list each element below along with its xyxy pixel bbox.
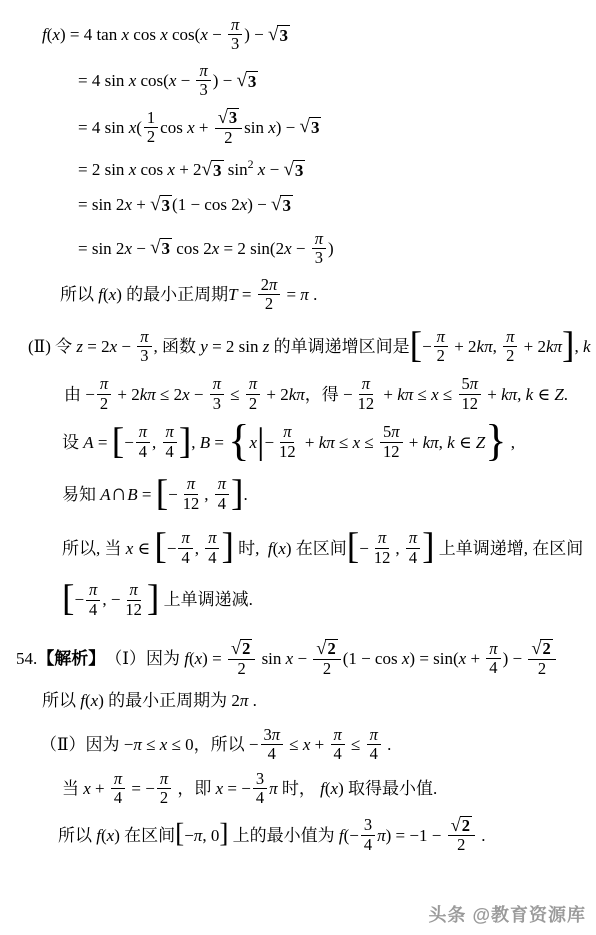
math-text: , <box>191 432 200 453</box>
math-text: ≤ 2 <box>156 384 182 405</box>
math-line: 所以 f(x) 的最小正周期T = 2π2 = π . <box>0 276 596 314</box>
math-text: − <box>265 432 275 453</box>
math-text: ) 取得最小值. <box>338 778 437 799</box>
radicand: 3 <box>280 195 293 216</box>
math-text: ∈ <box>533 384 554 405</box>
math-variable: x <box>212 238 220 259</box>
math-text: 12 <box>462 395 478 413</box>
math-variable: Z <box>554 384 563 405</box>
math-text: − <box>190 384 208 405</box>
fraction-numerator: π <box>434 328 448 347</box>
math-text: + <box>405 432 423 453</box>
math-text: , <box>152 432 161 453</box>
math-text: , <box>395 538 404 559</box>
math-text: (− <box>344 825 359 846</box>
math-line: 所以 f(x) 的最小正周期为 2π . <box>0 690 596 711</box>
math-variable: π <box>506 328 514 346</box>
math-text: 2 <box>237 660 245 678</box>
math-text: + <box>301 432 319 453</box>
math-variable: π <box>437 328 445 346</box>
math-fraction: π12 <box>180 475 202 513</box>
math-variable: x <box>126 538 134 559</box>
math-variable: π <box>370 726 378 744</box>
math-line: （Ⅱ）因为 −π ≤ x ≤ 0，所以 −3π4 ≤ x + π4 ≤ π4 . <box>0 726 596 764</box>
math-text: ) − <box>503 648 527 669</box>
math-text: ∈ <box>133 538 154 559</box>
math-line: = 4 sin x(12cos x + √32sin x) − √3 <box>0 108 596 147</box>
math-variable: kπ <box>397 384 413 405</box>
fraction-denominator: 12 <box>180 495 202 513</box>
fraction-denominator: 3 <box>228 35 242 53</box>
math-text: + <box>132 194 150 215</box>
fraction-denominator: 2 <box>262 295 276 313</box>
fraction-numerator: π <box>157 770 171 789</box>
math-variable: k <box>526 384 534 405</box>
math-text: − <box>359 538 369 559</box>
math-text: = 2 <box>83 336 110 357</box>
math-variable: π <box>218 475 226 493</box>
math-variable: π <box>89 581 97 599</box>
fraction-numerator: 1 <box>144 109 158 128</box>
math-text: = <box>210 432 228 453</box>
math-text: + 2 <box>450 336 477 357</box>
math-square-root: √3 <box>236 71 258 92</box>
math-text: ≤ <box>142 734 160 755</box>
math-fraction: π3 <box>312 230 326 268</box>
fraction-numerator: π <box>86 581 100 600</box>
math-variable: π <box>160 770 168 788</box>
math-big-delimiter: } <box>485 420 506 462</box>
math-variable: kπ <box>319 432 335 453</box>
math-text: 3 <box>162 239 171 258</box>
math-square-root: √3 <box>150 195 172 216</box>
math-variable: π <box>362 375 370 393</box>
math-text: , <box>195 538 204 559</box>
math-text: cos 2 <box>172 238 212 259</box>
fraction-numerator: π <box>184 475 198 494</box>
math-text: 3 <box>315 249 323 267</box>
math-text: 12 <box>183 495 199 513</box>
math-variable: π <box>231 16 239 34</box>
math-text: 时， <box>278 778 321 799</box>
math-text: 2 <box>224 129 232 147</box>
math-text: 所以 <box>42 690 80 711</box>
fraction-numerator: π <box>375 529 389 548</box>
fraction-denominator: 3 <box>210 395 224 413</box>
math-line: f(x) = 4 tan x cos x cos(x − π3) − √3 <box>0 16 596 54</box>
math-variable: π <box>378 529 386 547</box>
math-variable: π <box>269 276 277 294</box>
math-text: 4 <box>114 789 122 807</box>
radicand: 3 <box>293 160 306 181</box>
math-variable: x <box>160 24 168 45</box>
math-text: ，得 − <box>305 384 353 405</box>
math-text: = 2 sin(2 <box>219 238 284 259</box>
math-square-root: √2 <box>531 639 552 659</box>
math-variable: π <box>334 726 342 744</box>
math-text: 4 <box>489 659 497 677</box>
math-text: 4 <box>89 601 97 619</box>
fraction-numerator: √2 <box>313 639 340 660</box>
math-variable: π <box>139 423 147 441</box>
radicand: 3 <box>277 25 290 46</box>
math-variable: k <box>447 432 455 453</box>
math-text: , 0 <box>202 825 219 846</box>
math-text: 2 <box>457 836 465 854</box>
math-lines: f(x) = 4 tan x cos x cos(x − π3) − √3= 4… <box>0 16 596 855</box>
math-text: 2 <box>265 295 273 313</box>
fraction-denominator: 4 <box>215 495 229 513</box>
math-variable: π <box>315 230 323 248</box>
math-variable: kπ <box>140 384 156 405</box>
math-fraction: π4 <box>163 423 177 461</box>
math-fraction: 5π12 <box>380 423 403 461</box>
math-variable: x <box>303 734 311 755</box>
math-variable: π <box>213 375 221 393</box>
fraction-denominator: 4 <box>205 549 219 567</box>
math-text: + <box>483 384 501 405</box>
math-variable: x <box>187 117 195 138</box>
math-text: 3 <box>213 395 221 413</box>
math-variable: π <box>100 375 108 393</box>
fraction-denominator: 3 <box>137 347 151 365</box>
math-text: = 4 sin <box>78 117 129 138</box>
math-big-delimiter: [ <box>410 328 422 364</box>
fraction-numerator: π <box>406 529 420 548</box>
radicand: 2 <box>460 816 472 836</box>
fraction-numerator: π <box>111 770 125 789</box>
math-text: 12 <box>125 601 141 619</box>
math-big-delimiter: [ <box>175 821 184 847</box>
math-square-root: √2 <box>451 816 472 836</box>
math-variable: kπ <box>501 384 517 405</box>
math-fraction: 2π2 <box>258 276 281 314</box>
math-fraction: π4 <box>331 726 345 764</box>
math-big-delimiter: ] <box>219 821 228 847</box>
math-text: ) 的最小正周期为 2 <box>98 690 240 711</box>
math-variable: kπ <box>546 336 562 357</box>
math-text: − <box>74 589 84 610</box>
watermark: 头条 @教育资源库 <box>428 901 586 927</box>
math-text: ≤ <box>439 384 457 405</box>
math-text: − <box>168 484 178 505</box>
math-variable: π <box>140 328 148 346</box>
fraction-denominator: 4 <box>406 549 420 567</box>
fraction-numerator: 3 <box>361 816 375 835</box>
math-variable: B <box>200 432 210 453</box>
fraction-denominator: 4 <box>136 443 150 461</box>
math-text: ) = 4 tan <box>60 24 122 45</box>
math-text: 2 <box>542 639 550 658</box>
math-variable: x <box>83 778 91 799</box>
math-big-delimiter: ] <box>231 476 243 512</box>
math-fraction: π2 <box>157 770 171 808</box>
fraction-numerator: √2 <box>228 639 255 660</box>
math-fraction: π4 <box>406 529 420 567</box>
fraction-denominator: 2 <box>97 395 111 413</box>
math-variable: x <box>331 778 339 799</box>
math-text: ∈ <box>455 432 476 453</box>
fraction-numerator: π <box>215 475 229 494</box>
math-text: − <box>124 432 134 453</box>
math-text: + 2 <box>262 384 289 405</box>
math-fraction: π4 <box>215 475 229 513</box>
math-text: 4 <box>268 745 276 763</box>
math-text: . <box>477 825 486 846</box>
math-square-root: √3 <box>271 195 293 216</box>
math-variable: x <box>268 117 276 138</box>
math-text: 4 <box>409 549 417 567</box>
math-text: 由 − <box>64 384 95 405</box>
math-fraction: 34 <box>361 816 375 854</box>
math-text: (1 − cos <box>343 648 402 669</box>
fraction-numerator: 3 <box>253 770 267 789</box>
math-variable: π <box>240 690 249 711</box>
fraction-denominator: 2 <box>454 836 468 854</box>
fraction-denominator: 4 <box>253 789 267 807</box>
math-variable: x <box>129 117 137 138</box>
radicand: 2 <box>325 639 337 659</box>
math-text: cos <box>136 159 167 180</box>
math-text: ( <box>136 117 142 138</box>
fraction-numerator: π <box>359 375 373 394</box>
math-text: 5 <box>383 423 391 441</box>
math-variable: x <box>200 24 208 45</box>
math-variable: π <box>181 529 189 547</box>
watermark-text: 头条 @教育资源库 <box>428 905 586 925</box>
fraction-denominator: 2 <box>434 347 448 365</box>
fraction-denominator: 4 <box>163 443 177 461</box>
math-variable: x <box>91 690 99 711</box>
fraction-numerator: 5π <box>380 423 403 442</box>
math-text: , <box>493 336 502 357</box>
math-text: cos <box>129 24 160 45</box>
math-big-delimiter: [ <box>347 529 359 565</box>
fraction-denominator: 3 <box>312 249 326 267</box>
math-text: ) = <box>202 648 226 669</box>
math-text: ) = −1 − <box>386 825 446 846</box>
math-square-root: √3 <box>268 25 290 46</box>
math-text: , 函数 <box>154 336 201 357</box>
math-line: [−π4, −π12] 上单调递减. <box>0 581 596 619</box>
math-text: − <box>184 825 194 846</box>
math-variable: x <box>107 825 115 846</box>
math-line: 易知 A∩B = [−π12, π4]. <box>0 475 596 513</box>
math-fraction: π12 <box>122 581 144 619</box>
math-fraction: √22 <box>313 639 340 678</box>
math-text: = <box>138 484 156 505</box>
math-text: + 2 <box>519 336 546 357</box>
math-text: 2 <box>323 660 331 678</box>
math-text: ) − <box>247 194 271 215</box>
math-fraction: π3 <box>137 328 151 366</box>
math-text: 3 <box>311 118 320 137</box>
math-text: 3 <box>264 726 272 744</box>
math-variable: π <box>187 475 195 493</box>
math-text: 4 <box>139 443 147 461</box>
math-text: 2 <box>437 347 445 365</box>
math-variable: x <box>109 284 117 305</box>
math-variable: x <box>459 648 467 669</box>
math-bold-text: 【解析】 <box>37 648 105 669</box>
math-text: 4 <box>364 836 372 854</box>
math-text: = 2 sin <box>208 336 263 357</box>
math-text: ≤ <box>335 432 353 453</box>
math-variable: π <box>194 825 203 846</box>
fraction-numerator: π <box>331 726 345 745</box>
math-variable: x <box>52 24 60 45</box>
math-fraction: √22 <box>228 639 255 678</box>
math-variable: x <box>167 159 175 180</box>
fraction-denominator: 12 <box>380 443 402 461</box>
math-text: ，即 <box>173 778 216 799</box>
fraction-denominator: 12 <box>355 395 377 413</box>
math-solution-document: f(x) = 4 tan x cos x cos(x − π3) − √3= 4… <box>0 0 596 935</box>
math-fraction: π2 <box>434 328 448 366</box>
math-text: 上单调递增, 在区间 <box>435 538 584 559</box>
math-text: = <box>94 432 112 453</box>
math-text: 3 <box>279 26 288 45</box>
math-text: = sin 2 <box>78 194 124 215</box>
math-variable: x <box>129 159 137 180</box>
math-big-delimiter: [ <box>112 424 124 460</box>
math-text: 2 <box>261 276 269 294</box>
fraction-denominator: 4 <box>486 659 500 677</box>
math-line: (Ⅱ) 令 z = 2x − π3, 函数 y = 2 sin z 的单调递增区… <box>0 328 596 366</box>
math-variable: π <box>377 825 386 846</box>
math-text: − <box>167 538 177 559</box>
math-fraction: π2 <box>97 375 111 413</box>
math-fraction: √22 <box>448 816 475 855</box>
fraction-numerator: π <box>312 230 326 249</box>
fraction-denominator: 4 <box>111 789 125 807</box>
math-text: 54. <box>16 648 37 669</box>
math-variable: π <box>130 581 138 599</box>
math-text: 1 <box>147 109 155 127</box>
fraction-denominator: 2 <box>503 347 517 365</box>
math-text: 12 <box>279 443 295 461</box>
fraction-numerator: π <box>136 423 150 442</box>
math-text: 3 <box>213 161 222 180</box>
math-variable: π <box>470 375 478 393</box>
math-text: , <box>517 384 526 405</box>
math-variable: x <box>129 70 137 91</box>
math-variable: B <box>127 484 137 505</box>
math-text: , <box>439 432 448 453</box>
fraction-numerator: 3π <box>261 726 284 745</box>
math-fraction: π12 <box>371 529 393 567</box>
math-variable: π <box>269 778 278 799</box>
math-text: sin <box>244 117 268 138</box>
math-text: ≤ <box>226 384 244 405</box>
math-variable: x <box>249 432 257 453</box>
fraction-denominator: 2 <box>535 660 549 678</box>
math-line: = sin 2x − √3 cos 2x = 2 sin(2x − π3) <box>0 230 596 268</box>
math-text: , <box>506 432 515 453</box>
fraction-numerator: π <box>97 375 111 394</box>
math-big-delimiter: ] <box>147 581 159 617</box>
math-text: ) <box>328 238 334 259</box>
math-variable: x <box>284 238 292 259</box>
radicand: 3 <box>160 238 173 259</box>
math-text: + <box>466 648 484 669</box>
math-big-delimiter: [ <box>154 529 166 565</box>
math-text: + <box>195 117 213 138</box>
math-text: ) 在区间 <box>286 538 347 559</box>
math-fraction: 5π12 <box>459 375 482 413</box>
math-fraction: π3 <box>210 375 224 413</box>
math-fraction: π2 <box>503 328 517 366</box>
math-text: (Ⅱ) 令 <box>28 336 76 357</box>
math-text: − <box>208 24 226 45</box>
fraction-numerator: π <box>210 375 224 394</box>
math-text: , − <box>102 589 120 610</box>
math-fraction: √32 <box>215 108 242 147</box>
math-text: + <box>310 734 328 755</box>
math-variable: x <box>240 194 248 215</box>
math-text: 2 <box>506 347 514 365</box>
math-line: 当 x + π4 = −π2 ，即 x = −34π 时， f(x) 取得最小值… <box>0 770 596 808</box>
math-variable: kπ <box>477 336 493 357</box>
math-text: − <box>292 238 310 259</box>
math-text: 2 <box>538 660 546 678</box>
math-text: sin <box>224 159 248 180</box>
math-text: = 4 sin <box>78 70 129 91</box>
math-big-delimiter: [ <box>62 581 74 617</box>
math-text: 2 <box>100 395 108 413</box>
math-text: 上的最小值为 <box>228 825 339 846</box>
math-variable: x <box>353 432 361 453</box>
fraction-numerator: π <box>228 16 242 35</box>
math-text: = 2 sin <box>78 159 129 180</box>
math-fraction: 34 <box>253 770 267 808</box>
fraction-denominator: 2 <box>234 660 248 678</box>
math-text: 4 <box>208 549 216 567</box>
math-square-root: √3 <box>202 160 224 181</box>
math-text: 3 <box>140 347 148 365</box>
fraction-numerator: √2 <box>528 639 555 660</box>
fraction-denominator: 2 <box>157 789 171 807</box>
math-fraction: 3π4 <box>261 726 284 764</box>
math-variable: x <box>124 194 132 215</box>
fraction-numerator: π <box>246 375 260 394</box>
fraction-denominator: 12 <box>371 549 393 567</box>
math-text: cos( <box>136 70 169 91</box>
math-line: 所以, 当 x ∈ [−π4, π4] 时, f(x) 在区间[−π12, π4… <box>0 529 596 567</box>
math-text: ∈ <box>591 336 596 357</box>
math-text: ≤ <box>413 384 431 405</box>
math-line: 由 −π2 + 2kπ ≤ 2x − π3 ≤ π2 + 2kπ，得 −π12 … <box>0 375 596 413</box>
math-text: 当 <box>62 778 83 799</box>
fraction-denominator: 12 <box>459 395 481 413</box>
math-text: 4 <box>370 745 378 763</box>
math-variable: z <box>263 336 270 357</box>
math-text: ≤ <box>285 734 303 755</box>
math-text: 2 <box>147 128 155 146</box>
math-text: 的单调递增区间是 <box>269 336 409 357</box>
fraction-numerator: π <box>367 726 381 745</box>
fraction-denominator: 4 <box>178 549 192 567</box>
math-fraction: π2 <box>246 375 260 413</box>
math-text: 12 <box>358 395 374 413</box>
fraction-numerator: π <box>137 328 151 347</box>
math-variable: π <box>166 423 174 441</box>
math-fraction: π12 <box>355 375 377 413</box>
math-text: 设 <box>62 432 83 453</box>
math-fraction: π12 <box>276 423 298 461</box>
math-text: 3 <box>162 196 171 215</box>
radicand: 3 <box>309 117 322 138</box>
